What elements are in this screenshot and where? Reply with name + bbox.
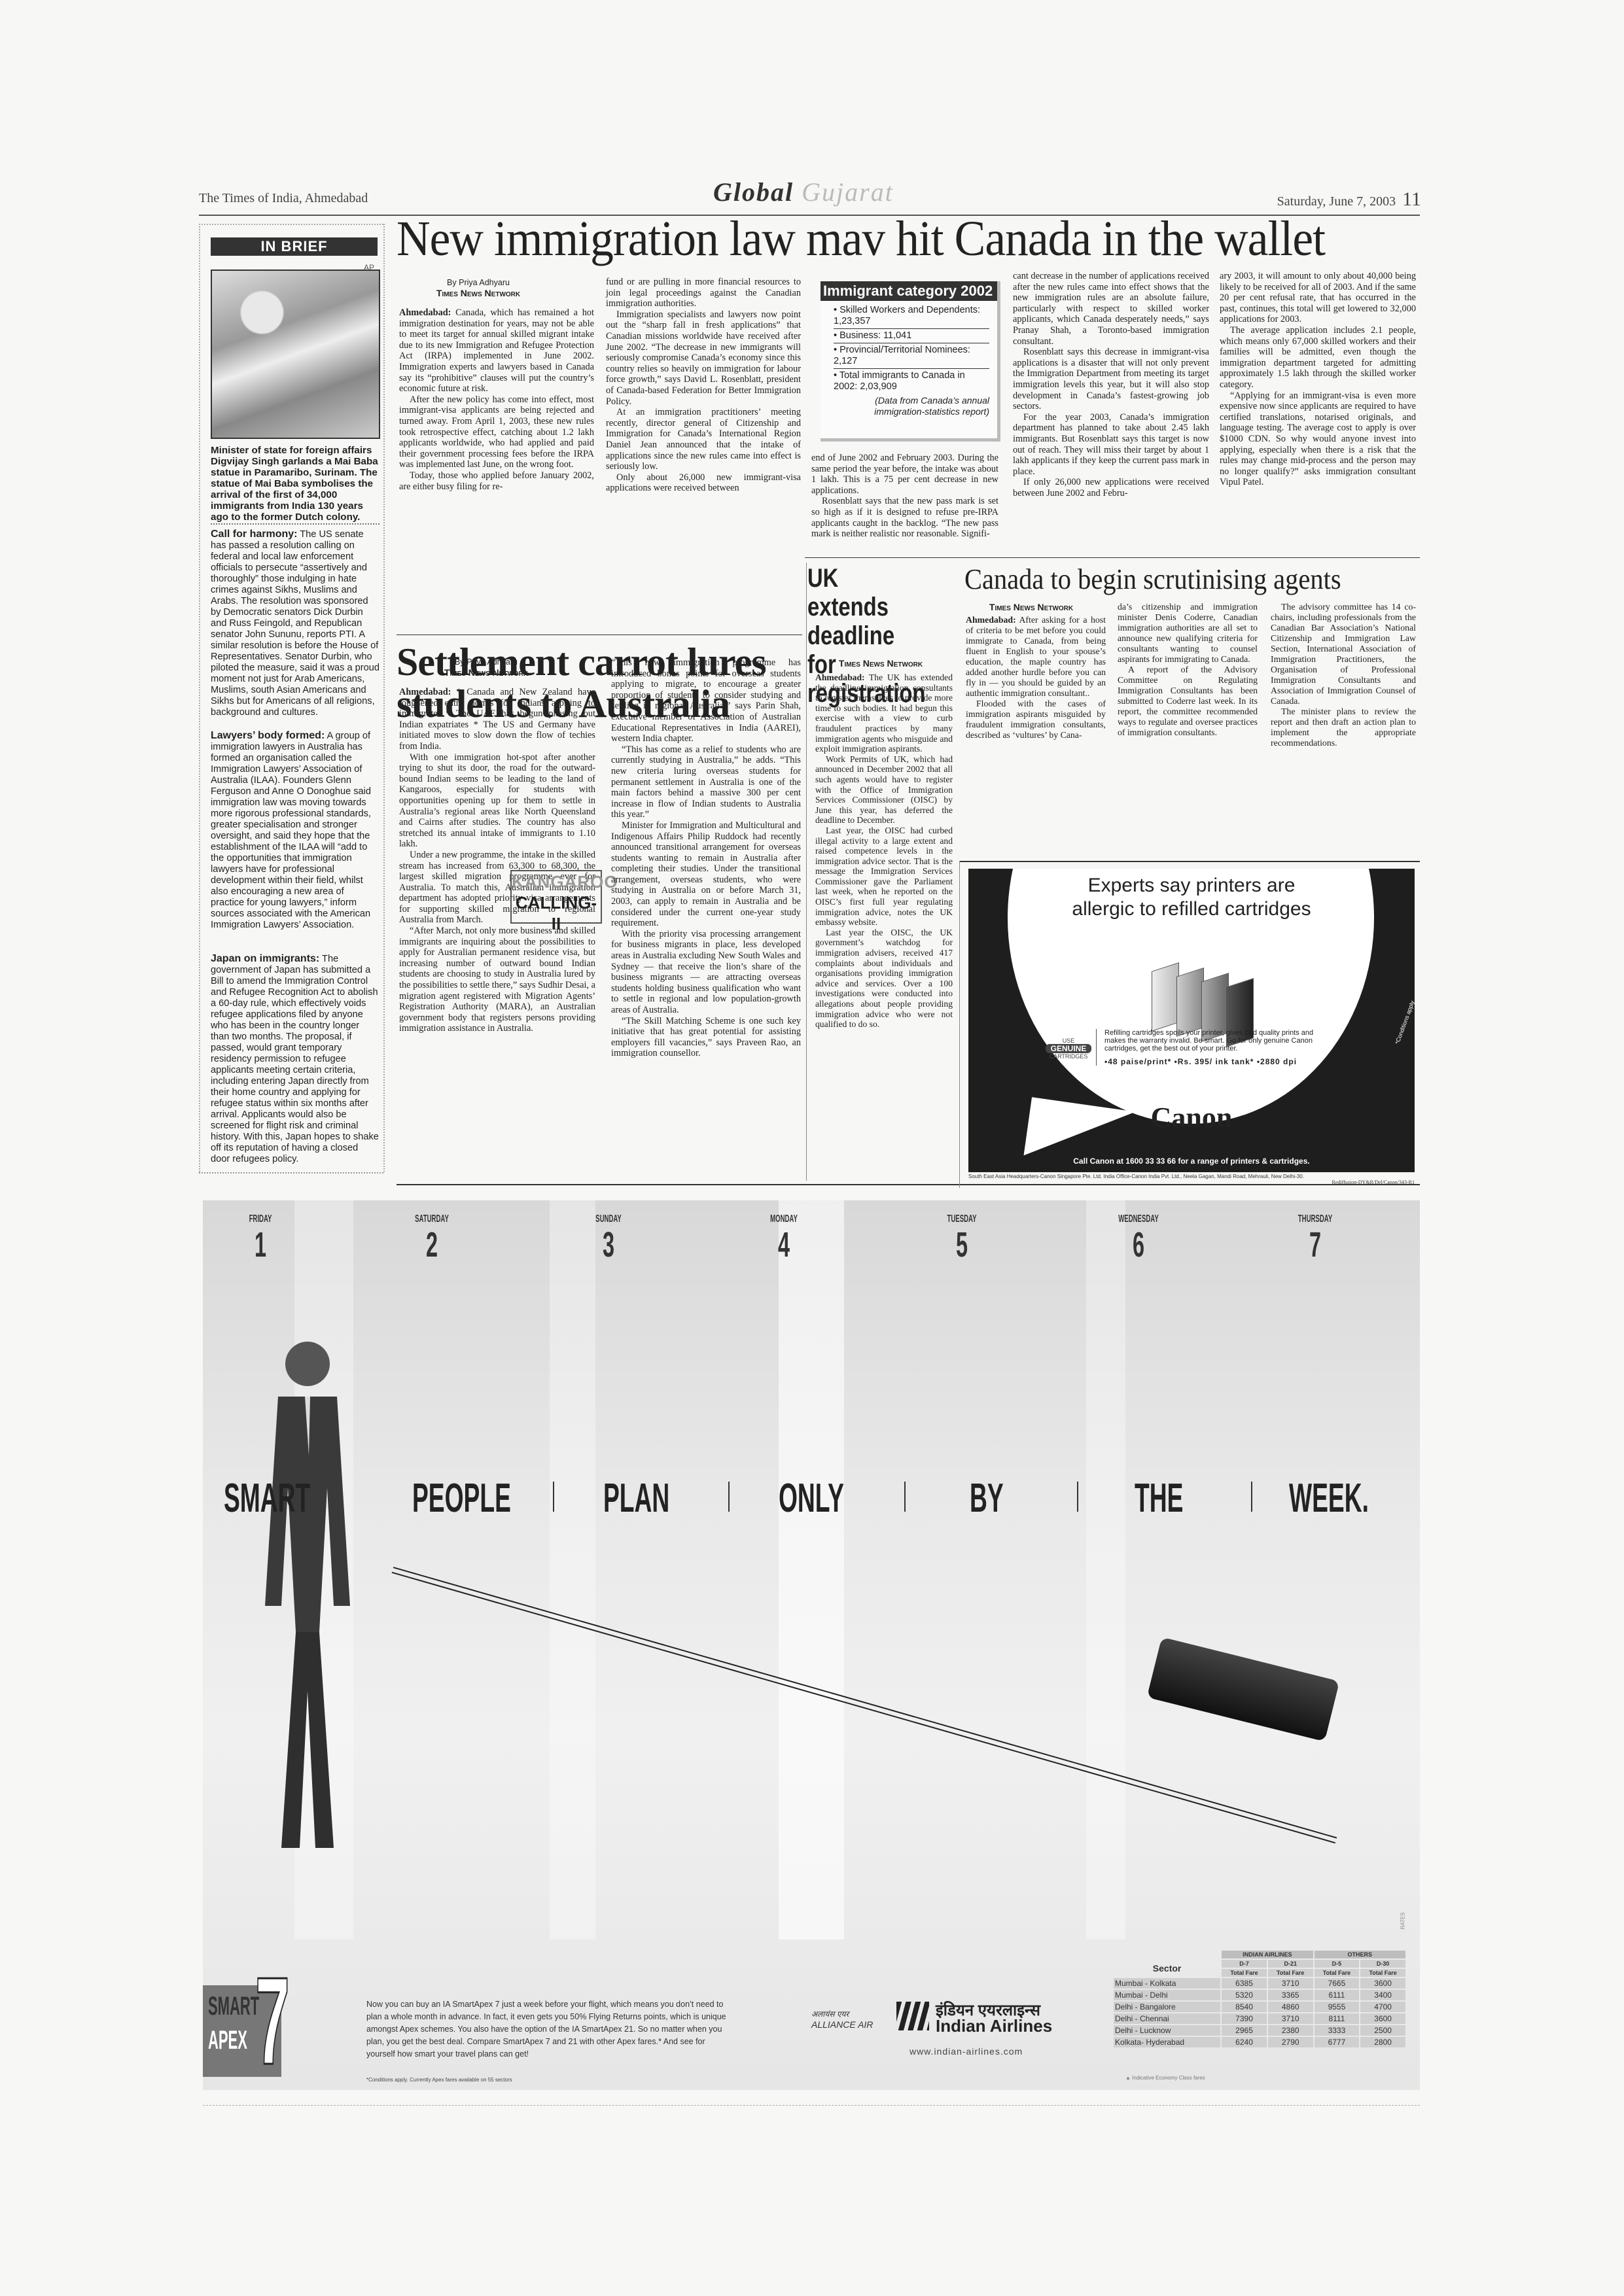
paragraph: Last year, the OISC had curbed illegal a… xyxy=(815,826,953,928)
canon-footer: South East Asia Headquarters-Canon Singa… xyxy=(968,1174,1415,1185)
day-label: MONDAY4 xyxy=(745,1213,823,1264)
column-rule xyxy=(806,563,807,1181)
fares-table: INDIAN AIRLINES OTHERS Sector D-7 D-21 D… xyxy=(1112,1949,1407,2049)
kangaroo-calling-logo: KANGAROO CALLING-II xyxy=(510,870,602,924)
dateline: Ahmedabad: xyxy=(399,687,451,697)
paragraph: fund or are pulling in more financial re… xyxy=(606,277,801,309)
canon-call-line: Call Canon at 1600 33 33 66 for a range … xyxy=(968,1157,1415,1166)
paragraph: At an immigration practitioners’ meeting… xyxy=(606,407,801,472)
in-brief-heading: IN BRIEF xyxy=(211,237,378,256)
brief-item-body: The government of Japan has submitted a … xyxy=(211,954,379,1164)
paragraph: Today, those who applied before January … xyxy=(399,470,594,492)
background-stripe xyxy=(1086,1200,1125,1939)
article-column: cant decrease in the number of applicati… xyxy=(1013,271,1209,498)
paragraph: Minister for Immigration and Multicultur… xyxy=(611,820,801,929)
badge-line: SMART xyxy=(208,1992,259,2021)
paragraph: The advisory committee has 14 co-chairs,… xyxy=(1271,602,1416,706)
paragraph: Last year the OISC, the UK government’s … xyxy=(815,928,953,1030)
paragraph: If only 26,000 new applications were rec… xyxy=(1013,477,1209,498)
table-row: Mumbai - Kolkata6385371076653600 xyxy=(1114,1978,1405,1989)
byline-author: By Priya Adhyaru xyxy=(397,277,560,288)
infobox-item: • Business: 11,041 xyxy=(834,329,989,343)
paragraph: The average application includes 2.1 peo… xyxy=(1220,325,1416,391)
alliance-air-logo: अलायंस एयर ALLIANCE AIR xyxy=(811,2008,873,2030)
paragraph: A report of the Advisory Committee on Re… xyxy=(1118,665,1258,738)
byline-australia-text: By Priya Adhyaru Times News Network xyxy=(400,657,572,678)
slogan-word: WEEK. xyxy=(1289,1475,1369,1522)
slogan-divider xyxy=(553,1482,554,1512)
genuine-cartridges-badge: USE GENUINE CARTRIDGES xyxy=(1046,1037,1091,1060)
headline-line: Experts say printers are xyxy=(968,874,1415,897)
background-stripe xyxy=(779,1200,844,1939)
airline-conditions: *Conditions apply. Currently Apex fares … xyxy=(366,2077,512,2083)
paragraph: “After March, not only more business and… xyxy=(399,926,595,1034)
badge-line: CARTRIDGES xyxy=(1046,1053,1091,1060)
brief-item-body: The US senate has passed a resolution ca… xyxy=(211,529,380,718)
article-column: Ahmedabad: * Canada and New Zealand have… xyxy=(399,687,595,1034)
paragraph: After the new policy has come into effec… xyxy=(399,394,594,470)
section-title-part2: Gujarat xyxy=(802,177,894,207)
column-header: D-21 xyxy=(1268,1960,1313,1968)
article-column: “This new immigration programme has intr… xyxy=(611,657,801,1059)
canon-conditions: *Conditions apply xyxy=(1394,1000,1415,1045)
group-header: OTHERS xyxy=(1315,1951,1405,1958)
in-brief-bottom-rule xyxy=(199,1172,383,1174)
paragraph: With one immigration hot-spot after anot… xyxy=(399,752,595,850)
businessman-figure xyxy=(242,1325,373,1861)
column-header: D-30 xyxy=(1360,1960,1405,1968)
paragraph: “This new immigration programme has intr… xyxy=(611,657,801,744)
byline-author: By Priya Adhyaru xyxy=(400,657,572,667)
canon-footer-address: South East Asia Headquarters-Canon Singa… xyxy=(968,1174,1415,1179)
badge-line: APEX xyxy=(208,2026,247,2055)
infobox-item: • Total immigrants to Canada in 2002: 2,… xyxy=(834,369,989,394)
canon-advertisement[interactable]: Experts say printers are allergic to ref… xyxy=(968,869,1415,1172)
photo-caption: Minister of state for foreign affairs Di… xyxy=(211,445,380,523)
slogan-divider xyxy=(904,1482,906,1512)
slogan-divider xyxy=(1251,1482,1252,1512)
paragraph: Work Permits of UK, which had announced … xyxy=(815,754,953,826)
section-title-part1: Global xyxy=(713,177,794,207)
page-number: 11 xyxy=(1402,188,1421,210)
article-column: Ahmedabad: Canada, which has remained a … xyxy=(399,307,594,492)
badge-line: USE xyxy=(1046,1037,1091,1044)
dateline: Ahmedabad: xyxy=(815,672,865,682)
bottom-rule xyxy=(203,2105,1420,2106)
paragraph: The UK has extended the deadline immigra… xyxy=(815,672,953,754)
byline-network: Times News Network xyxy=(397,288,560,298)
news-photo xyxy=(211,270,380,439)
logo-line2: CALLING-II xyxy=(512,892,601,934)
infobox-title: Immigrant category 2002 xyxy=(821,281,997,301)
slogan-word: BY xyxy=(970,1475,1004,1522)
day-label: SATURDAY2 xyxy=(393,1213,471,1264)
paragraph: After asking for a host of criteria to b… xyxy=(966,615,1106,698)
issue-date: Saturday, June 7, 2003 xyxy=(1277,194,1396,209)
subheader: Total Fare xyxy=(1360,1969,1405,1977)
slogan-divider xyxy=(728,1482,730,1512)
canon-headline: Experts say printers are allergic to ref… xyxy=(968,874,1415,921)
day-label: SUNDAY3 xyxy=(569,1213,648,1264)
agents-headline: Canada to begin scrutinising agents xyxy=(964,564,1341,595)
column-header: D-7 xyxy=(1222,1960,1267,1968)
dateline: Ahmedabad: xyxy=(966,615,1016,625)
table-row: Delhi - Chennai7390371081113600 xyxy=(1114,2013,1405,2024)
badge-line: GENUINE xyxy=(1046,1044,1091,1053)
alliance-name: ALLIANCE AIR xyxy=(811,2019,873,2030)
group-header: INDIAN AIRLINES xyxy=(1222,1951,1313,1958)
fares-note: ▲ Indicative Economy Class fares xyxy=(1125,2075,1205,2081)
smart-apex-number: 7 xyxy=(255,1959,290,2083)
cartridge-icon xyxy=(1152,962,1179,1032)
table-row: Mumbai - Delhi5320336561113400 xyxy=(1114,1990,1405,2000)
subheader: Total Fare xyxy=(1222,1969,1267,1977)
article-column: fund or are pulling in more financial re… xyxy=(606,277,801,494)
paragraph: Canada, which has remained a hot immigra… xyxy=(399,307,594,394)
subheader: Total Fare xyxy=(1315,1969,1360,1977)
byline-network: Times News Network xyxy=(966,602,1097,612)
alliance-hindi: अलायंस एयर xyxy=(811,2008,873,2019)
article-column: The advisory committee has 14 co-chairs,… xyxy=(1271,602,1416,748)
divider xyxy=(211,523,380,525)
slogan-word: PEOPLE xyxy=(412,1475,511,1522)
byline: By Priya Adhyaru Times News Network xyxy=(397,277,560,298)
brief-item-title: Lawyers’ body formed: xyxy=(211,730,325,741)
paragraph: Rosenblatt says this decrease in immigra… xyxy=(1013,347,1209,412)
day-label: FRIDAY1 xyxy=(221,1213,300,1264)
infobox-item: • Skilled Workers and Dependents: 1,23,3… xyxy=(834,304,989,329)
slogan-word: PLAN xyxy=(603,1475,669,1522)
indian-airlines-name: Indian Airlines xyxy=(936,2016,1052,2036)
section-title: Global Gujarat xyxy=(713,177,894,207)
brief-item-title: Call for harmony: xyxy=(211,529,297,540)
divider xyxy=(805,557,1420,558)
slogan-divider xyxy=(1077,1482,1078,1512)
paragraph: “The Skill Matching Scheme is one such k… xyxy=(611,1016,801,1059)
brief-item: Japan on immigrants: The government of J… xyxy=(211,953,380,1165)
byline-network: Times News Network xyxy=(815,658,946,669)
airline-website-link[interactable]: www.indian-airlines.com xyxy=(909,2046,1023,2057)
article-column: Ahmedabad: After asking for a host of cr… xyxy=(966,615,1106,740)
slogan-word: SMART xyxy=(224,1475,310,1522)
byline-network: Times News Network xyxy=(400,667,572,678)
article-column: ary 2003, it will amount to only about 4… xyxy=(1220,271,1416,488)
sector-header: Sector xyxy=(1114,1960,1220,1977)
divider xyxy=(959,861,1420,862)
subheader: Total Fare xyxy=(1268,1969,1313,1977)
rates-label: RATES xyxy=(1400,1912,1406,1929)
brief-item: Lawyers’ body formed: A group of immigra… xyxy=(211,730,380,931)
paragraph: “Applying for an immigrant-visa is even … xyxy=(1220,391,1416,488)
background-stripe xyxy=(550,1200,595,1939)
dateline: Ahmedabad: xyxy=(399,307,451,318)
table-row: Delhi - Bangalore8540486095554700 xyxy=(1114,2002,1405,2012)
table-header-row: INDIAN AIRLINES OTHERS xyxy=(1114,1951,1405,1958)
main-headline: New immigration law mav hit Canada in th… xyxy=(397,209,1325,268)
brief-item: Call for harmony: The US senate has pass… xyxy=(211,529,380,718)
table-row: Kolkata- Hyderabad6240279067772800 xyxy=(1114,2037,1405,2047)
infobox-source: (Data from Canada’s annual immigration-s… xyxy=(821,394,997,417)
slogan-word: ONLY xyxy=(779,1475,844,1522)
day-label: TUESDAY5 xyxy=(923,1213,1001,1264)
airline-body-text: Now you can buy an IA SmartApex 7 just a… xyxy=(366,1998,733,2061)
cartridge-icon xyxy=(1176,967,1204,1037)
divider xyxy=(397,635,802,635)
table-row: Delhi - Lucknow2965238033332500 xyxy=(1114,2025,1405,2036)
column-header: D-5 xyxy=(1315,1960,1360,1968)
paragraph: ary 2003, it will amount to only about 4… xyxy=(1220,271,1416,325)
day-label: WEDNESDAY6 xyxy=(1099,1213,1178,1264)
paragraph: Rosenblatt says that the new pass mark i… xyxy=(811,496,998,539)
paragraph: Only about 26,000 new immigrant-visa app… xyxy=(606,472,801,494)
indian-airlines-advertisement[interactable]: FRIDAY1 SATURDAY2 SUNDAY3 MONDAY4 TUESDA… xyxy=(203,1200,1420,2090)
paragraph: With the priority visa processing arrang… xyxy=(611,929,801,1016)
headline-line: allergic to refilled cartridges xyxy=(968,897,1415,921)
paragraph: Flooded with the cases of immigration as… xyxy=(966,699,1106,740)
article-column: Ahmedabad: The UK has extended the deadl… xyxy=(815,672,953,1030)
brief-item-body: A group of immigration lawyers in Austra… xyxy=(211,731,371,930)
paragraph: “This has come as a relief to students w… xyxy=(611,744,801,820)
logo-line1: KANGAROO xyxy=(512,871,601,892)
immigrant-category-infobox: Immigrant category 2002 • Skilled Worker… xyxy=(821,281,1000,442)
masthead-paper-name: The Times of India, Ahmedabad xyxy=(199,191,368,206)
in-brief-top-rule xyxy=(199,224,383,225)
masthead-date: Saturday, June 7, 200311 xyxy=(1277,188,1421,211)
slogan-word: THE xyxy=(1135,1475,1183,1522)
canon-body: Refilling cartridges spoils your printer… xyxy=(1096,1029,1333,1066)
suitcase-icon xyxy=(1147,1637,1340,1742)
canon-footer-code: Rediffusion-DY&R/Del/Canon/343-R1 xyxy=(968,1179,1415,1185)
paragraph: da’s citizenship and immigration ministe… xyxy=(1118,602,1258,665)
canon-logo: Canon xyxy=(968,1101,1415,1134)
paragraph: cant decrease in the number of applicati… xyxy=(1013,271,1209,347)
canon-body-text: Refilling cartridges spoils your printer… xyxy=(1104,1029,1333,1052)
column-rule xyxy=(959,861,960,1188)
day-label: THURSDAY7 xyxy=(1276,1213,1354,1264)
paragraph: For the year 2003, Canada’s immigration … xyxy=(1013,412,1209,478)
byline: Times News Network xyxy=(966,602,1097,612)
indian-airlines-logo-icon xyxy=(896,2002,929,2030)
infobox-list: • Skilled Workers and Dependents: 1,23,3… xyxy=(821,304,997,394)
article-column: end of June 2002 and February 2003. Duri… xyxy=(811,453,998,540)
infobox-item: • Provincial/Territorial Nominees: 2,127 xyxy=(834,343,989,369)
paragraph: end of June 2002 and February 2003. Duri… xyxy=(811,453,998,496)
article-column: da’s citizenship and immigration ministe… xyxy=(1118,602,1258,738)
canon-features: •48 paise/print* •Rs. 395/ ink tank* •28… xyxy=(1104,1058,1333,1066)
paragraph: Immigration specialists and lawyers now … xyxy=(606,309,801,407)
table-header-row: Sector D-7 D-21 D-5 D-30 xyxy=(1114,1960,1405,1968)
byline: Times News Network xyxy=(815,658,946,669)
brief-item-title: Japan on immigrants: xyxy=(211,953,319,964)
paragraph: The minister plans to review the report … xyxy=(1271,706,1416,748)
